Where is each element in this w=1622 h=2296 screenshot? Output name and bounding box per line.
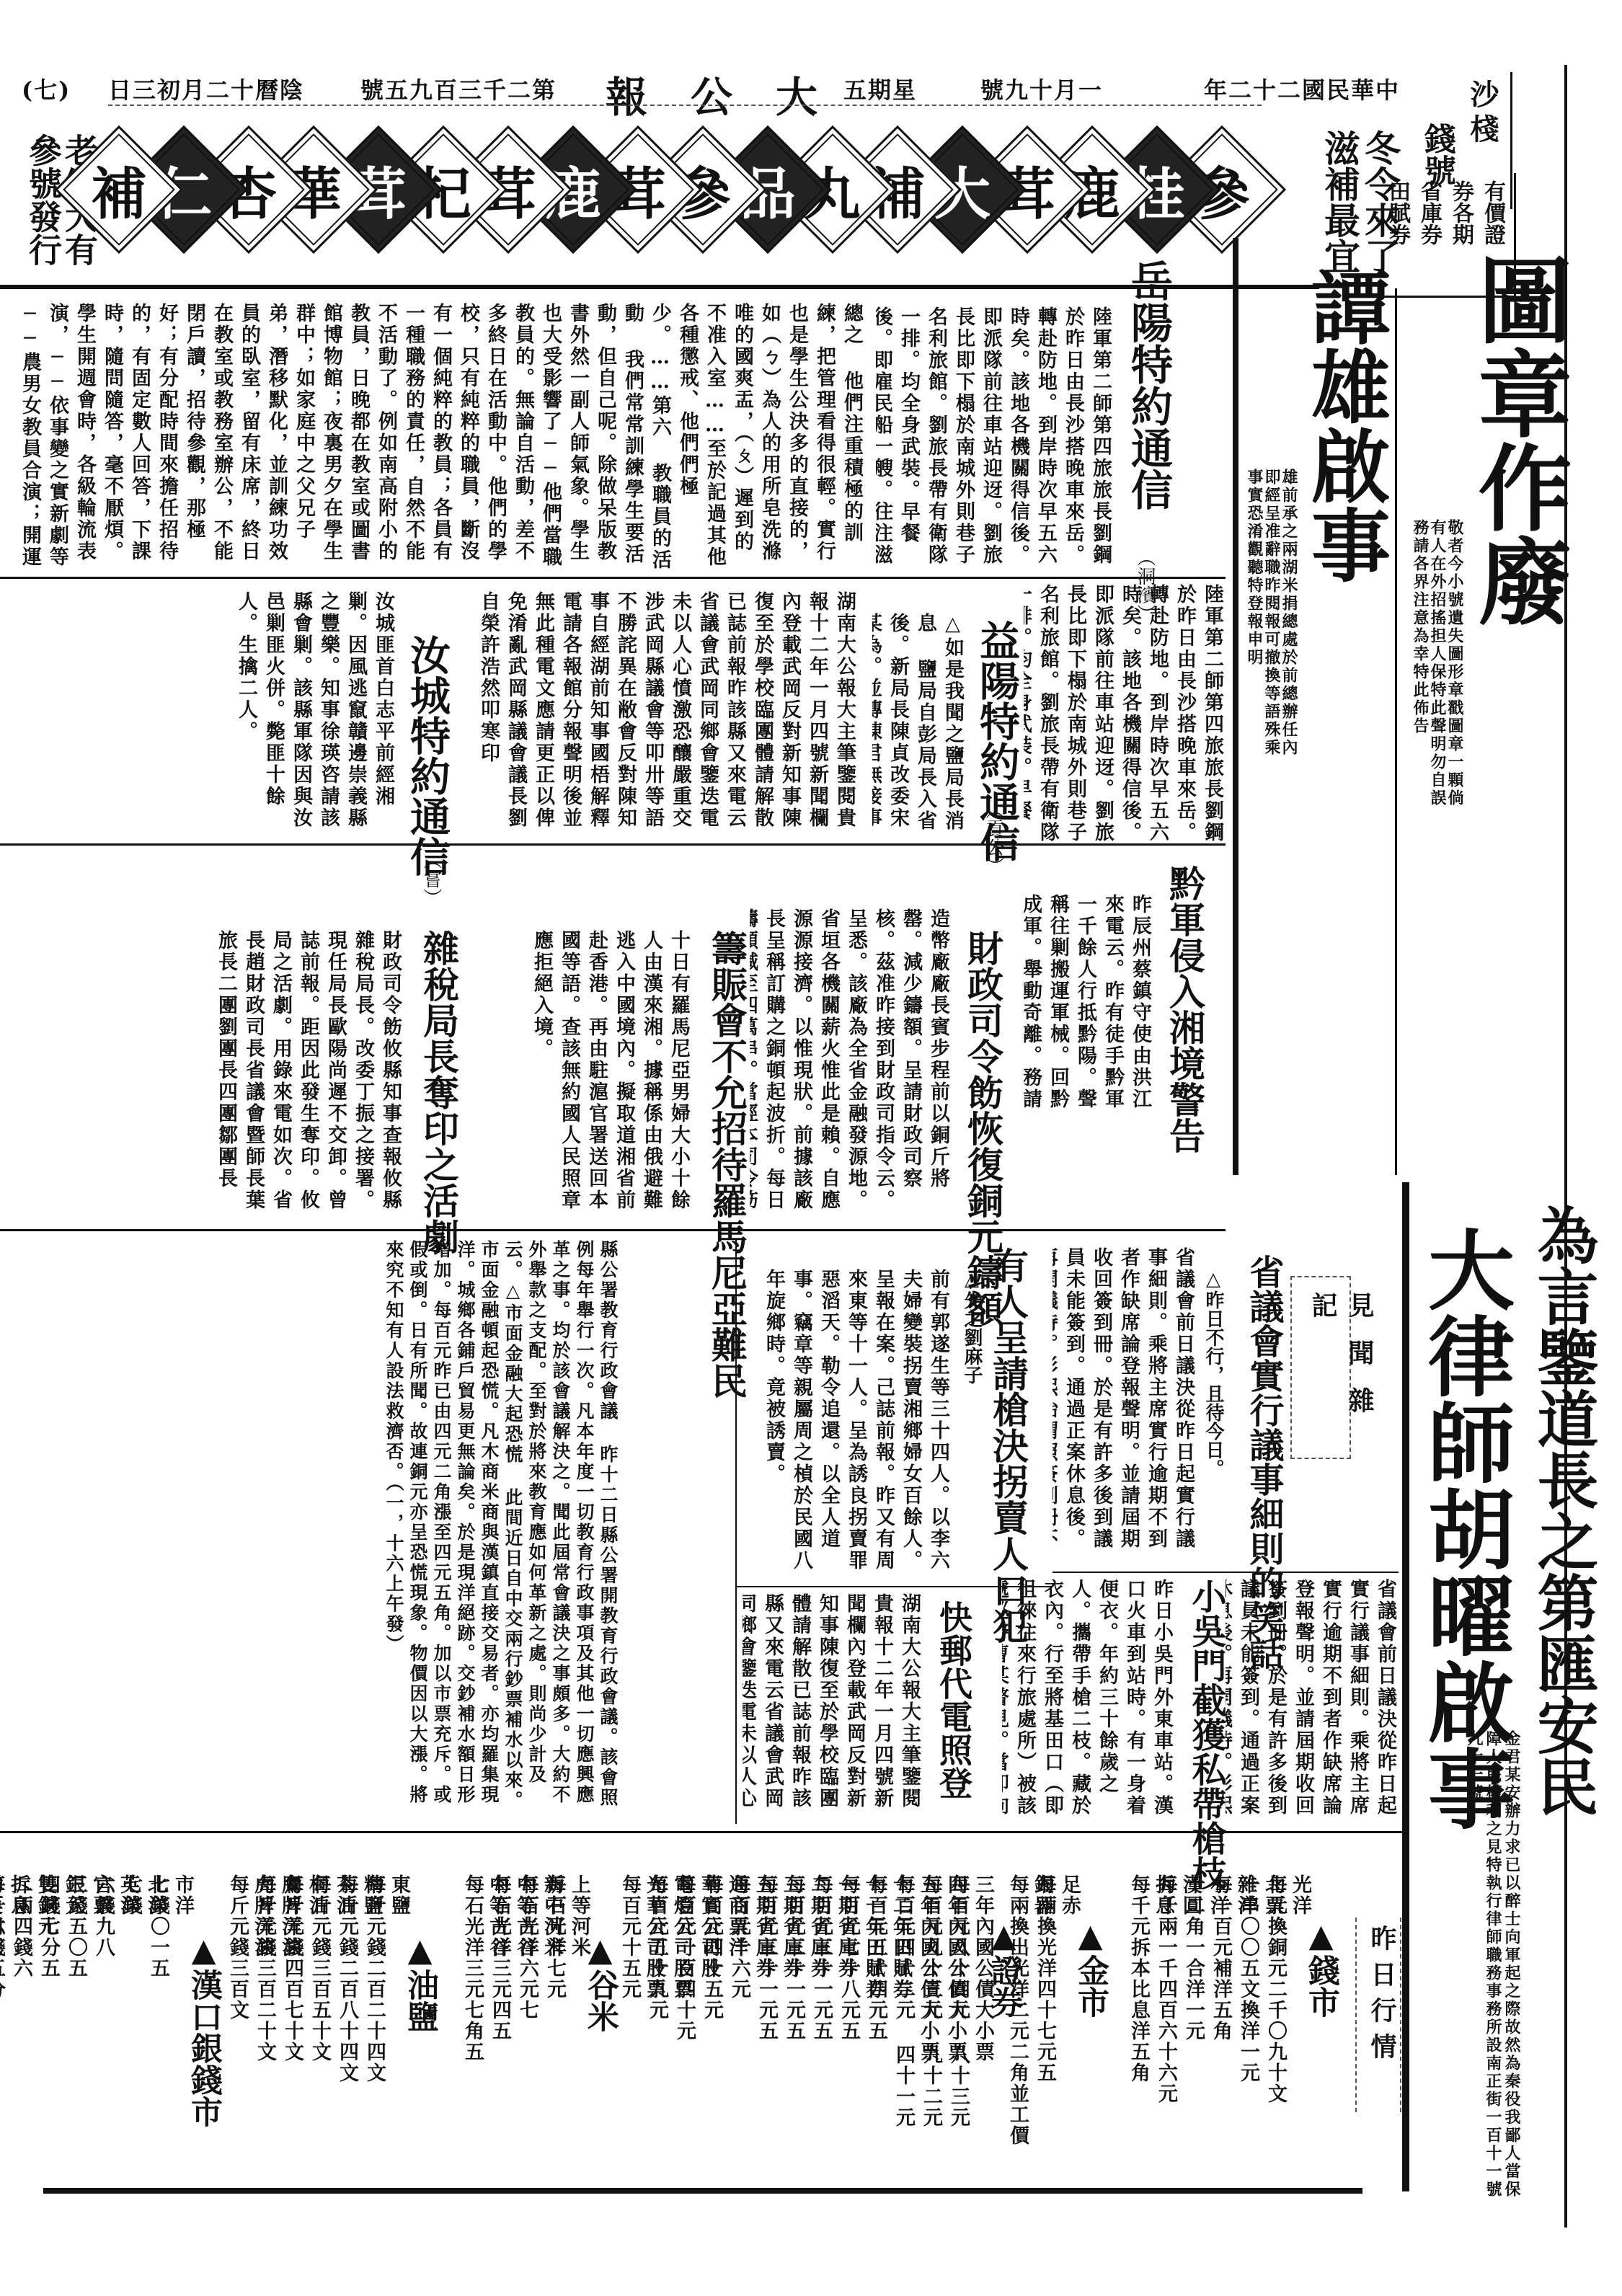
market-item-name: 上等河米 bbox=[567, 1874, 591, 2091]
market-item-name: 拆息 bbox=[1151, 1874, 1175, 2091]
market-item-name: 市洋 bbox=[170, 1874, 195, 2091]
market-row: 洋換銅元二串〇三十七文 bbox=[0, 1874, 3, 2091]
market-item-name: 電燈公司股票 bbox=[669, 1874, 693, 2091]
seal-notice-title: 圖章作廢 bbox=[1471, 252, 1564, 627]
corner-ad-line: 省庫券 bbox=[1417, 180, 1442, 245]
headline-ruocheng: 汝城特約通信 bbox=[404, 634, 451, 877]
market-item-name: 精鹽 bbox=[359, 1874, 384, 2091]
market-item-name: 桐油 bbox=[304, 1874, 329, 2091]
market-item-name: 拆息 bbox=[6, 1874, 30, 2091]
article-finance: 造幣廠廠長賓步程前以銅斤將罄。減少鑄額。呈請財政司察核。茲准昨接到財政司指令云。… bbox=[750, 908, 952, 1211]
market-row: 中等古谷每石光洋三元七角五 bbox=[460, 1874, 509, 2091]
market-item-name: 光華公司股票 bbox=[642, 1874, 666, 2091]
market-item-name: 銀器 bbox=[1029, 1874, 1054, 2091]
corner-ad-line: 有價證 bbox=[1480, 180, 1505, 245]
market-item-name: 三年內國公債大小票 bbox=[970, 1874, 995, 2091]
market-item-name: 二期省庫券 bbox=[806, 1874, 830, 2091]
market-item-name: 東鹽 bbox=[386, 1874, 411, 2091]
article-telegram: 湖南大公報大主筆鑒閱貴報十二年一月四號新聞欄內登載武岡反對新知事陳復至於學校臨團… bbox=[743, 1593, 923, 1824]
corner-ad-lines: 有價證 券各期 省庫券 田賦券 bbox=[1381, 180, 1508, 245]
banner-side-right-line2: 滋補最宜 bbox=[1319, 130, 1361, 274]
market-item-name: 中等古谷 bbox=[484, 1874, 509, 2091]
corner-ad-line: 田賦券 bbox=[1385, 180, 1410, 245]
market-item-name: 雜洋 bbox=[1233, 1874, 1257, 2091]
market-row: 拆息每千六錢五分 bbox=[0, 1874, 30, 2091]
section-box-markets: 昨日行情 bbox=[1355, 1918, 1401, 2112]
section-label-misc: 見聞雜記 bbox=[1305, 1292, 1378, 1458]
lunar-date: 日三初月二十曆陰 bbox=[108, 72, 304, 105]
market-item-name: 光洋 bbox=[1288, 1874, 1312, 2091]
article-yueyang: 陸軍第二師第四旅旅長劉鋼於昨日由長沙搭晚車來岳。轉赴防地。到岸時次早五六時矣。該… bbox=[876, 306, 1114, 573]
row2-rule bbox=[0, 843, 1226, 846]
market-item-name: 漢圓 bbox=[1178, 1874, 1202, 2091]
article-yiyang: △如是我聞之鹽局長消息 鹽局自彭局長入省後。新局長陳貞改委宋某為。並傳陳君無接事… bbox=[872, 613, 966, 843]
article-ruocheng: 汝城匪首白志平前經湘剿。因風逃竄贛邊崇義縣之豐樂。知事徐瑛咨請該縣會剿。該縣軍隊… bbox=[14, 591, 396, 836]
seal-notice-body: 敬者今小號遺失圖形章戳圖章一顆倘有人在外招搖担人保特此聲明勿自誤務請各界注意為幸… bbox=[1409, 519, 1463, 822]
headline-arms: 小吳門截獲私帶槍枝 bbox=[1182, 1579, 1230, 1890]
market-item-name: 英洋 bbox=[115, 1874, 140, 2091]
corner-ad-title-1: 沙 bbox=[1466, 79, 1499, 114]
row4-rule bbox=[0, 1831, 1406, 1833]
market-item-value: 每斤元錢三百文 bbox=[226, 1874, 249, 2021]
market-item-name: 十一年田賦券 bbox=[861, 1874, 885, 2091]
market-item-value: 每石光洋三元七角五 bbox=[461, 1874, 484, 2062]
market-item-name: 三期省庫券 bbox=[779, 1874, 803, 2091]
row1-rule bbox=[0, 577, 1226, 579]
assembly-rule bbox=[1052, 1572, 1399, 1573]
market-item-name: 雙銅元 bbox=[33, 1874, 58, 2091]
market-item-name: 茶油 bbox=[332, 1874, 356, 2091]
weekday: 五期星 bbox=[843, 72, 917, 105]
market-item-name: 通商票洋 bbox=[724, 1874, 748, 2091]
market-item-name: 虎牌洋油 bbox=[249, 1874, 274, 2091]
lawyer-notice-body: 金君某安辦力求已以醉士向軍起之際故然為秦役我鄙人當保障人民權利之見特執行律師職務… bbox=[1435, 1730, 1521, 2199]
article-weather: 總之 他們注重積極的訓練，把管理看得很輕。實行也是學生公決多的直接的，如（ㄅ）為… bbox=[14, 303, 865, 573]
corner-ad-line: 券各期 bbox=[1448, 180, 1473, 245]
market-item-name: 新中河米 bbox=[539, 1874, 564, 2091]
article-county-edu: 湖南大公報大主筆鑒閱貴報十二年一月四號新聞欄內登載武岡反對新知事陳復至於學校臨團… bbox=[433, 591, 858, 836]
article-assembly-cont: 省議會前日議決從昨日起實行議事細則。乘將主席實行逾期不到者作缺席論登報聲明。並請… bbox=[1226, 1579, 1399, 1824]
subhead-kidnap: △先之劉麻子 bbox=[959, 1269, 985, 1384]
article-kidnap: 前有郭遂生等三十四人。以李六夫婦變裝拐賣湘鄉婦女百餘人。呈報在案。己誌前報。昨又… bbox=[743, 1269, 952, 1572]
kidnap-rule bbox=[735, 1586, 1052, 1587]
article-yueyang-cont: 陸軍第二師第四旅旅長劉鋼於昨日由長沙搭晚車來岳。轉赴防地。到岸時次早五六時矣。該… bbox=[1024, 584, 1226, 843]
article-tax: 財政司令飭攸縣知事查報攸縣雜稅局長。改委丁振之接署。現任局長歐陽尚遲不交卸。曾誌… bbox=[14, 930, 404, 1218]
banner-bottom-rule bbox=[0, 285, 1319, 289]
article-education: 縣公署教育行政會議 昨十二日縣公署開教育行政會議。該會照例每年舉行一次。凡本年度… bbox=[14, 1240, 620, 1824]
market-row: 虎牌洋油每斤元錢三百文 bbox=[225, 1874, 274, 2091]
page-bottom-rule bbox=[43, 2188, 1362, 2194]
banner-char: 補 bbox=[91, 149, 147, 230]
article-arms: 昨日小吳門外東車站。漢口火車到站時。有一身着便衣。年約三十餘歲之人。攜帶手槍二枝… bbox=[1002, 1579, 1175, 1824]
markets-section-title: 昨日行情 bbox=[1364, 1925, 1401, 2069]
headline-yueyang: 岳陽特約通信 bbox=[1125, 260, 1172, 510]
market-item-name: 足赤 bbox=[1057, 1874, 1081, 2091]
market-item-value: 每千元拆本比息洋五角 bbox=[1127, 1874, 1150, 2083]
page-number: (七) bbox=[22, 72, 71, 105]
tan-notice-title: 譚雄啟事 bbox=[1298, 267, 1391, 584]
edu-divider bbox=[735, 1240, 737, 1824]
ad-divider bbox=[1395, 288, 1397, 1175]
article-guizhou: 昨辰州蔡鎮守使由洪江來電云。昨有徒手黔軍一千餘人行抵黔陽。聲稱往剿搬運軍械。回黔… bbox=[1024, 894, 1153, 1110]
subhead-assembly: △昨日不行，且待今日。 bbox=[1200, 1269, 1227, 1478]
market-item-name: 五年內國公債大小票 bbox=[916, 1874, 940, 2091]
market-item-name: 五期省庫券 bbox=[751, 1874, 776, 2091]
market-item-name: 北洋 bbox=[143, 1874, 167, 2091]
banner-ad: 參桂鹿茸大補丸品參茸鹿茸杞茸華杏仁補 bbox=[36, 108, 1305, 274]
ad-divider-heavy bbox=[1402, 1182, 1409, 2191]
lawyer-notice-headline: 為言鑒道長之第匯安民 bbox=[1528, 1204, 1597, 1997]
row3-rule bbox=[0, 1229, 1226, 1231]
market-row: 拆息每千元拆本比息洋五角 bbox=[1126, 1874, 1175, 2091]
corner-ad-title: 沙棧 bbox=[1462, 79, 1503, 149]
section-box-misc: 見聞雜記 bbox=[1290, 1276, 1351, 1459]
market-item-name: 華實公司股 bbox=[696, 1874, 721, 2091]
market-item-name: 中等古谷 bbox=[512, 1874, 536, 2091]
issue-number: 號五九百三千二第 bbox=[360, 72, 557, 105]
market-item-name: 一期省庫券 bbox=[833, 1874, 858, 2091]
ad-column-border bbox=[1233, 238, 1238, 1175]
headline-tax: 雜稅局長奪印之活劇 bbox=[415, 930, 462, 1254]
market-item-name: 四年內國公債大小票 bbox=[943, 1874, 967, 2091]
market-item-name: 鷹牌洋油 bbox=[277, 1874, 301, 2091]
date: 號九十月一 bbox=[980, 72, 1103, 105]
year: 年二十二國民華中 bbox=[1204, 72, 1400, 105]
market-item-name: 北票 bbox=[1260, 1874, 1285, 2091]
corner-ad-title-2: 棧 bbox=[1466, 114, 1499, 149]
byline-yiyang: （貢公） bbox=[980, 800, 1007, 875]
market-item-name: 洋換銅元 bbox=[0, 1874, 3, 2091]
headline-telegram: 快郵代電照登 bbox=[930, 1600, 978, 1799]
corner-ad-title-3: 錢 bbox=[1419, 123, 1455, 154]
headline-guizhou: 黔軍侵入湘境警告 bbox=[1161, 865, 1208, 1153]
market-item-name: 官票 bbox=[88, 1874, 112, 2091]
tan-notice-body: 雄前承之兩湖米捐總處於前總辦任內即經呈准辭職昨閱報可撤換等語殊乘事實恐淆觀聽特登… bbox=[1247, 469, 1298, 771]
market-item-name: 十二年田賦券 bbox=[888, 1874, 913, 2091]
article-diplomacy: 十日有羅馬尼亞男婦大小十餘人由漢來湘。據稱係由俄避難逃入中國境內。擬取道湘省前赴… bbox=[461, 930, 692, 1218]
market-item-name: 銀元 bbox=[61, 1874, 85, 2091]
market-row: 光華公司股票每百元十五元 bbox=[617, 1874, 666, 2091]
article-assembly: 省議會前日議決從昨日起實行議事細則。乘將主席實行逾期不到者作缺席論登報聲明。並請… bbox=[1052, 1247, 1197, 1564]
market-item-name: 小洋 bbox=[1205, 1874, 1230, 2091]
masthead-rule bbox=[108, 105, 1262, 106]
byline-ruocheng: （嘗） bbox=[418, 851, 445, 907]
